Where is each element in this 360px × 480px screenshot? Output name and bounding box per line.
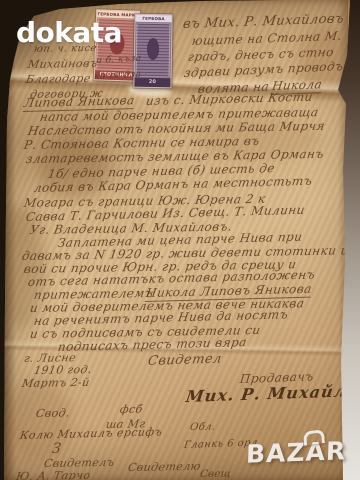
bazar-watermark-text: BAZAR — [246, 436, 347, 469]
handwritten-line: Колю Михаилъ ерсифъ — [19, 425, 163, 442]
handwritten-line: Свидетелъ — [43, 456, 116, 470]
handwritten-line: Обл. — [189, 422, 216, 433]
handwriting-layer: въ Мих. Р. Михайловъющите на Столна М.гр… — [0, 0, 360, 480]
handwritten-line: Свещ — [199, 468, 232, 480]
handwritten-line: Свидетел — [147, 351, 223, 369]
handwritten-line: Ю. А. Тарчо — [15, 469, 92, 480]
dokata-watermark: dokata — [16, 16, 122, 49]
listing-photo: ГЕРБОВА МАРКА СТОТИНКИ ГЕРБОВА МАРКА 20 … — [0, 0, 360, 480]
document-paper: ГЕРБОВА МАРКА СТОТИНКИ ГЕРБОВА МАРКА 20 … — [0, 0, 360, 480]
handwritten-line: Благодаре — [25, 72, 92, 86]
handwritten-line: Мартъ 2-й — [21, 376, 91, 390]
handwritten-line: 1910 год. — [33, 363, 93, 377]
handwritten-line: фсб — [119, 403, 144, 416]
bazar-watermark: BAZAR — [246, 436, 347, 469]
handwritten-line: и б. къза — [95, 54, 142, 66]
handwritten-line: Свидетелю — [127, 460, 202, 474]
handwritten-line: Михайновъ — [27, 57, 99, 71]
handwritten-line: ки се дза — [93, 70, 141, 82]
shopping-bag-handle-icon — [303, 429, 325, 446]
signature-line: Мих. Р. Михайловъ — [185, 380, 360, 406]
handwritten-line: Свод. — [35, 406, 71, 420]
handwritten-line: З — [51, 441, 63, 457]
